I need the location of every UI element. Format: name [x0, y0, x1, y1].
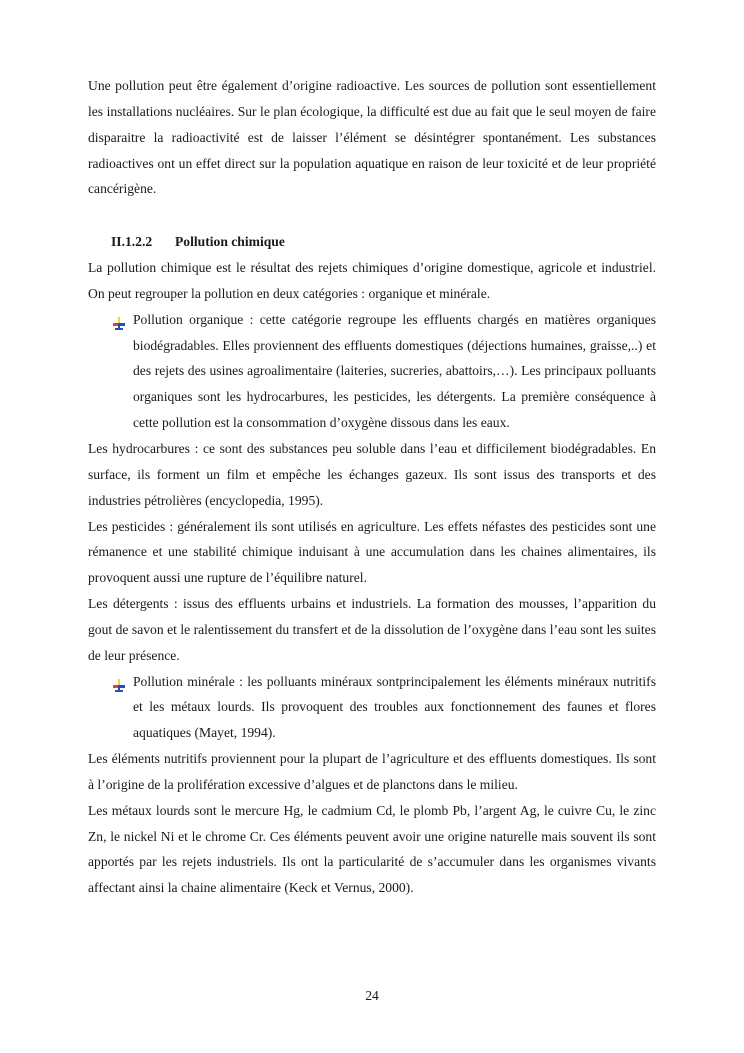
paragraph-radioactive-pollution: Une pollution peut être également d’orig…: [88, 73, 656, 202]
list-item-mineral-pollution: Pollution minérale : les polluants minér…: [88, 669, 656, 747]
bullet-arrow-icon: [113, 675, 125, 688]
paragraph-pesticides: Les pesticides : généralement ils sont u…: [88, 514, 656, 592]
list-item-text: Pollution organique : cette catégorie re…: [133, 312, 656, 430]
bullet-arrow-icon: [113, 313, 125, 326]
spacer: [88, 202, 656, 229]
section-number: II.1.2.2: [111, 229, 175, 255]
section-heading: II.1.2.2 Pollution chimique: [88, 229, 656, 255]
page-number: 24: [0, 988, 744, 1004]
list-item-text: Pollution minérale : les polluants minér…: [133, 674, 656, 741]
document-page: Une pollution peut être également d’orig…: [88, 73, 656, 901]
list-item-organic-pollution: Pollution organique : cette catégorie re…: [88, 307, 656, 436]
paragraph-heavy-metals: Les métaux lourds sont le mercure Hg, le…: [88, 798, 656, 901]
section-title: Pollution chimique: [175, 229, 285, 255]
paragraph-nutrients: Les éléments nutritifs proviennent pour …: [88, 746, 656, 798]
paragraph-detergents: Les détergents : issus des effluents urb…: [88, 591, 656, 669]
paragraph-chemical-pollution-intro: La pollution chimique est le résultat de…: [88, 255, 656, 307]
paragraph-hydrocarbons: Les hydrocarbures : ce sont des substanc…: [88, 436, 656, 514]
